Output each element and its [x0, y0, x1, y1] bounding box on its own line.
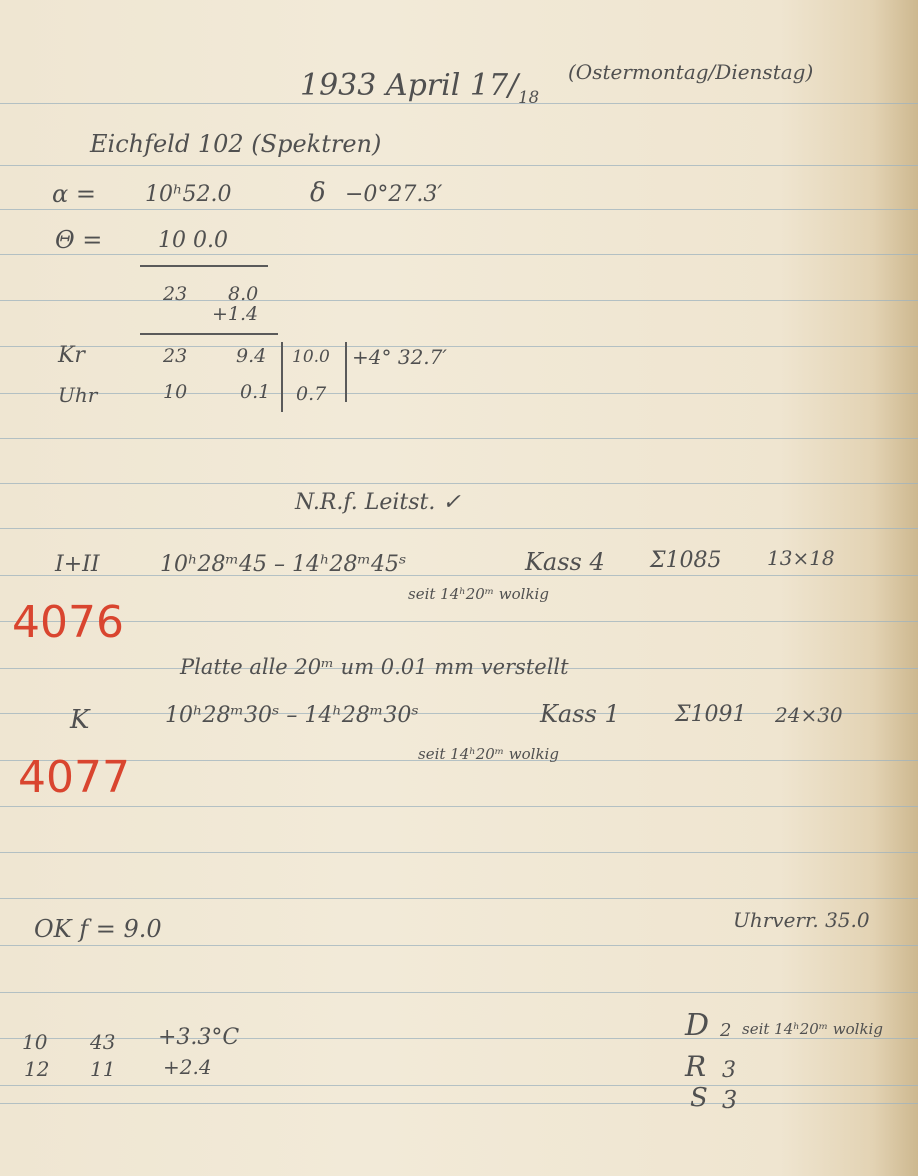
condition-r-value: 3: [722, 1058, 736, 1083]
uhr-c: 0.7: [296, 383, 326, 405]
condition-r-symbol: R: [685, 1050, 706, 1083]
exposure-2-pre-note: Platte alle 20ᵐ um 0.01 mm verstellt: [180, 655, 569, 679]
theta-label: Θ =: [55, 226, 102, 254]
date-year: 1933: [300, 68, 376, 103]
kr-c: 10.0: [292, 347, 330, 367]
delta-value: −0°27.3′: [345, 182, 442, 207]
calc-row1-b: 8.0: [228, 283, 258, 305]
temp-row-1-value: +3.3°C: [158, 1025, 239, 1050]
temp-row-1-hour: 10: [22, 1030, 47, 1054]
exposure-2-note: seit 14ʰ20ᵐ wolkig: [418, 745, 559, 763]
uhr-a: 10: [163, 381, 187, 403]
kr-a: 23: [163, 345, 187, 367]
plate-number-4077: 4077: [18, 752, 130, 803]
condition-d-symbol: D: [685, 1008, 709, 1043]
exposure-1-cassette: Kass 4: [525, 548, 605, 576]
date-day-alt: 18: [518, 88, 539, 107]
date-day: 17: [470, 68, 508, 103]
calc-row1-a: 23: [163, 283, 187, 305]
kr-d: +4° 32.7′: [352, 345, 447, 369]
temp-row-2-min: 11: [90, 1057, 115, 1081]
uhr-label: Uhr: [58, 383, 97, 407]
exposure-1-time: 10ʰ28ᵐ45 – 14ʰ28ᵐ45ˢ: [160, 552, 406, 577]
temp-row-2-value: +2.4: [163, 1055, 212, 1079]
date-month: April: [386, 68, 460, 103]
sum-line-1: [140, 265, 268, 267]
exposure-2-plate: Σ1091: [675, 702, 747, 727]
delta-label: δ: [310, 178, 326, 208]
column-divider-2: [345, 342, 347, 402]
weekday-note: (Ostermontag/Dienstag): [568, 60, 813, 84]
clock-correction-note: Uhrverr. 35.0: [733, 908, 870, 932]
exposure-1-instrument: I+II: [55, 552, 100, 577]
alpha-label: α =: [52, 180, 96, 208]
kr-label: Kr: [58, 343, 85, 368]
focus-note: OK f = 9.0: [34, 915, 162, 943]
theta-value: 10 0.0: [158, 228, 228, 253]
alpha-value: 10ʰ52.0: [145, 182, 232, 207]
temp-row-1-min: 43: [90, 1030, 115, 1054]
exposure-2-time: 10ʰ28ᵐ30ˢ – 14ʰ28ᵐ30ˢ: [165, 703, 419, 728]
plate-number-4076: 4076: [12, 597, 124, 648]
condition-d-value: 2: [720, 1020, 731, 1041]
kr-b: 9.4: [236, 345, 266, 367]
exposure-1-plate: Σ1085: [650, 548, 722, 573]
field-title: Eichfeld 102 (Spektren): [90, 130, 381, 158]
exposure-1-note: seit 14ʰ20ᵐ wolkig: [408, 585, 549, 603]
temp-row-2-hour: 12: [24, 1057, 49, 1081]
exposure-2-cassette: Kass 1: [540, 700, 620, 728]
exposure-1-size: 13×18: [767, 546, 835, 570]
calc-correction: +1.4: [212, 303, 258, 325]
guide-star-note: N.R.f. Leitst. ✓: [295, 490, 461, 515]
uhr-b: 0.1: [240, 381, 270, 403]
column-divider-1: [281, 342, 283, 412]
condition-s-value: 3: [722, 1086, 737, 1114]
exposure-2-instrument: K: [70, 705, 89, 735]
sum-line-2: [140, 333, 278, 335]
entry-date: 1933 April 17/18: [300, 68, 539, 103]
condition-s-symbol: S: [690, 1083, 708, 1113]
condition-d-note: seit 14ʰ20ᵐ wolkig: [742, 1020, 883, 1038]
exposure-2-size: 24×30: [775, 703, 843, 727]
